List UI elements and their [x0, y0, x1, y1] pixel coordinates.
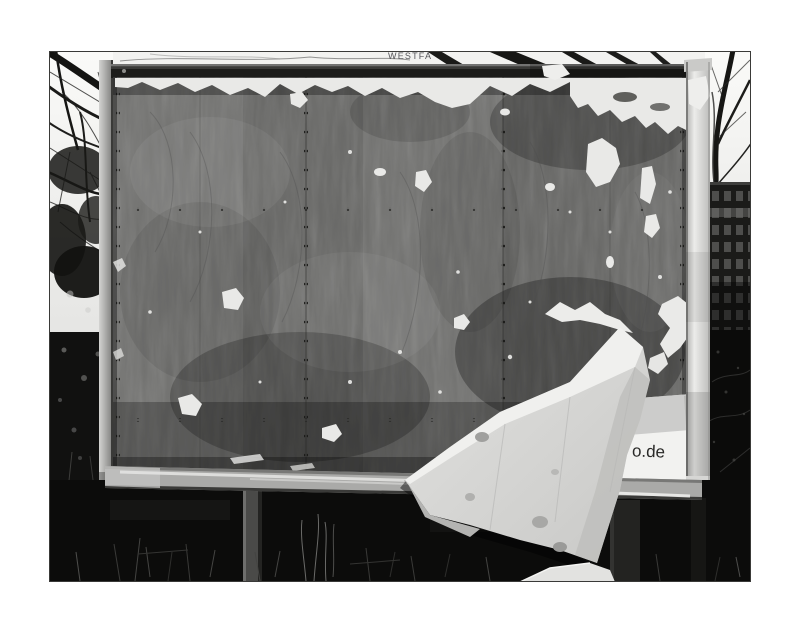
ground: [50, 466, 750, 581]
billboard-maker-label: WESTFA: [388, 51, 432, 62]
left-post: [99, 60, 113, 490]
fence: [705, 182, 750, 332]
right-post: [684, 58, 712, 498]
photo-scene: [50, 52, 750, 581]
page: WESTFA o.de: [0, 0, 800, 634]
billboard-photo: WESTFA o.de: [49, 51, 751, 582]
poster-domain-text: o.de: [632, 441, 666, 461]
background-right-fence: [705, 52, 750, 492]
top-frame-bar: [111, 64, 702, 78]
